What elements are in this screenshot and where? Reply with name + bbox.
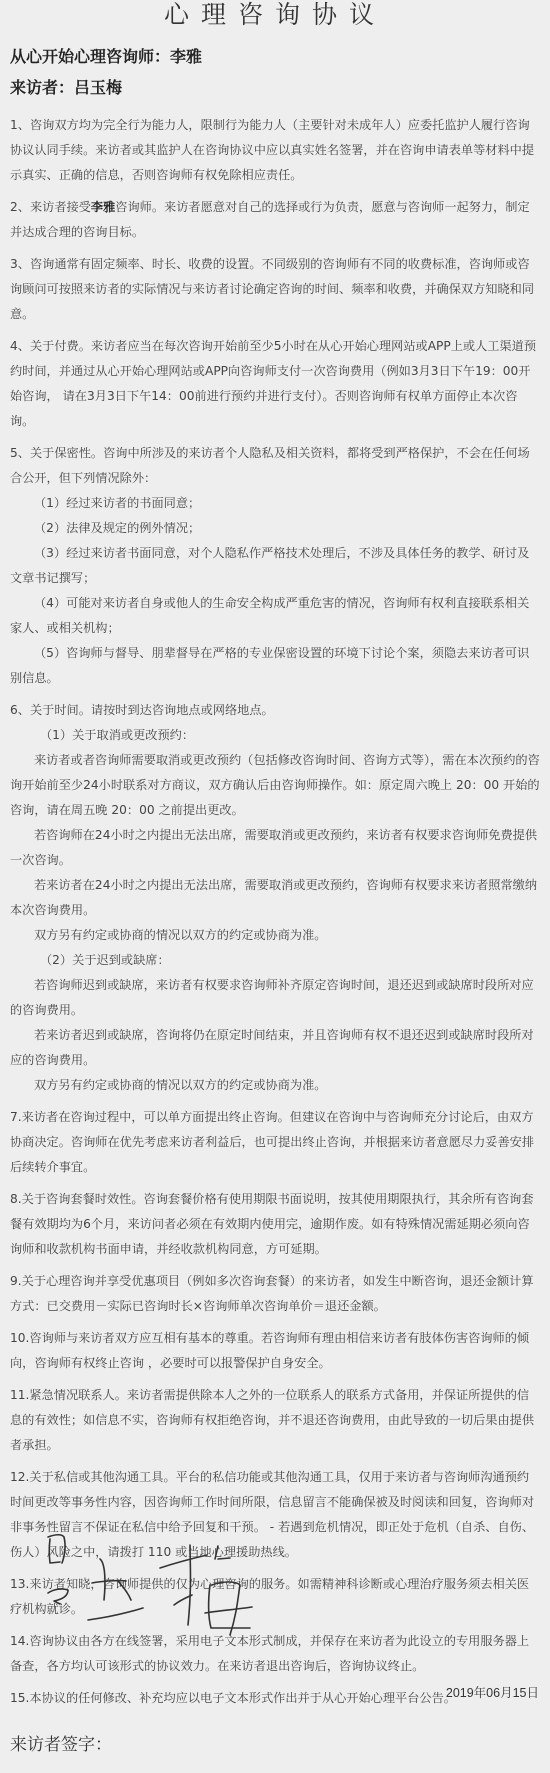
lateness-para-3: 双方另有约定或协商的情况以双方的约定或协商为准。 [10, 1073, 541, 1098]
clause-1: 1、咨询双方均为完全行为能力人，限制行为能力人（主要针对未成年人）应委托监护人履… [10, 113, 541, 188]
counselor-line: 从心开始心理咨询师：李雅 [10, 46, 550, 68]
cancellation-subheading: （1）关于取消或更改预约： [10, 723, 541, 748]
counselor-name: 李雅 [91, 200, 115, 214]
cancellation-para-3: 若来访者在24小时之内提出无法出席，需要取消或更改预约，咨询师有权要求来访者照常… [10, 873, 541, 923]
handwritten-signature [40, 1525, 280, 1645]
confidentiality-exception-2: （2）法律及规定的例外情况； [10, 516, 541, 541]
agreement-body: 1、咨询双方均为完全行为能力人，限制行为能力人（主要针对未成年人）应委托监护人履… [0, 113, 550, 1711]
clause-6-text: 6、关于时间。请按时到达咨询地点或网络地点。 [10, 698, 541, 723]
clause-11: 11.紧急情况联系人。来访者需提供除本人之外的一位联系人的联系方式备用，并保证所… [10, 1383, 541, 1458]
clause-5: 5、关于保密性。咨询中所涉及的来访者个人隐私及相关资料，都将受到严格保护，不会在… [10, 441, 541, 691]
document-title: 心理咨询协议 [0, 0, 550, 34]
confidentiality-exception-3: （3）经过来访者书面同意，对个人隐私作严格技术处理后，不涉及具体任务的教学、研讨… [10, 541, 541, 591]
confidentiality-exception-4: （4）可能对来访者自身或他人的生命安全构成严重危害的情况，咨询师有权利直接联系相… [10, 591, 541, 641]
clause-10: 10.咨询师与来访者双方应互相有基本的尊重。若咨询师有理由相信来访者有肢体伤害咨… [10, 1326, 541, 1376]
lateness-para-2: 若来访者迟到或缺席，咨询将仍在原定时间结束，并且咨询师有权不退还迟到或缺席时段所… [10, 1023, 541, 1073]
clause-4: 4、关于付费。来访者应当在每次咨询开始前至少5小时在从心开始心理网站或APP上或… [10, 334, 541, 434]
signature-label: 来访者签字： [10, 1733, 550, 1757]
clause-6: 6、关于时间。请按时到达咨询地点或网络地点。 （1）关于取消或更改预约： 来访者… [10, 698, 541, 1098]
signature-date: 2019年06月15日 [446, 1683, 539, 1701]
clause-7: 7.来访者在咨询过程中，可以单方面提出终止咨询。但建议在咨询中与咨询师充分讨论后… [10, 1105, 541, 1180]
confidentiality-exception-5: （5）咨询师与督导、朋辈督导在严格的专业保密设置的环境下讨论个案，须隐去来访者可… [10, 641, 541, 691]
clause-9: 9.关于心理咨询并享受优惠项目（例如多次咨询套餐）的来访者，如发生中断咨询，退还… [10, 1269, 541, 1319]
clause-2: 2、来访者接受李雅咨询师。来访者愿意对自己的选择或行为负责，愿意与咨询师一起努力… [10, 195, 541, 245]
lateness-subheading: （2）关于迟到或缺席： [10, 948, 541, 973]
agreement-page: 心理咨询协议 从心开始心理咨询师：李雅 来访者：吕玉梅 1、咨询双方均为完全行为… [0, 0, 550, 1773]
clause-5-text: 5、关于保密性。咨询中所涉及的来访者个人隐私及相关资料，都将受到严格保护，不会在… [10, 441, 541, 491]
clause-3: 3、咨询通常有固定频率、时长、收费的设置。不同级别的咨询师有不同的收费标准，咨询… [10, 252, 541, 327]
lateness-para-1: 若咨询师迟到或缺席，来访者有权要求咨询师补齐原定咨询时间，退还迟到或缺席时段所对… [10, 973, 541, 1023]
confidentiality-exception-1: （1）经过来访者的书面同意； [10, 491, 541, 516]
cancellation-para-2: 若咨询师在24小时之内提出无法出席，需要取消或更改预约，来访者有权要求咨询师免费… [10, 823, 541, 873]
clause-8: 8.关于咨询套餐时效性。咨询套餐价格有使用期限书面说明，按其使用期限执行，其余所… [10, 1187, 541, 1262]
cancellation-para-4: 双方另有约定或协商的情况以双方的约定或协商为准。 [10, 923, 541, 948]
visitor-line: 来访者：吕玉梅 [10, 77, 550, 99]
cancellation-para-1: 来访者或者咨询师需要取消或更改预约（包括修改咨询时间、咨询方式等），需在本次预约… [10, 748, 541, 823]
clause-2-prefix: 2、来访者接受 [10, 200, 91, 214]
